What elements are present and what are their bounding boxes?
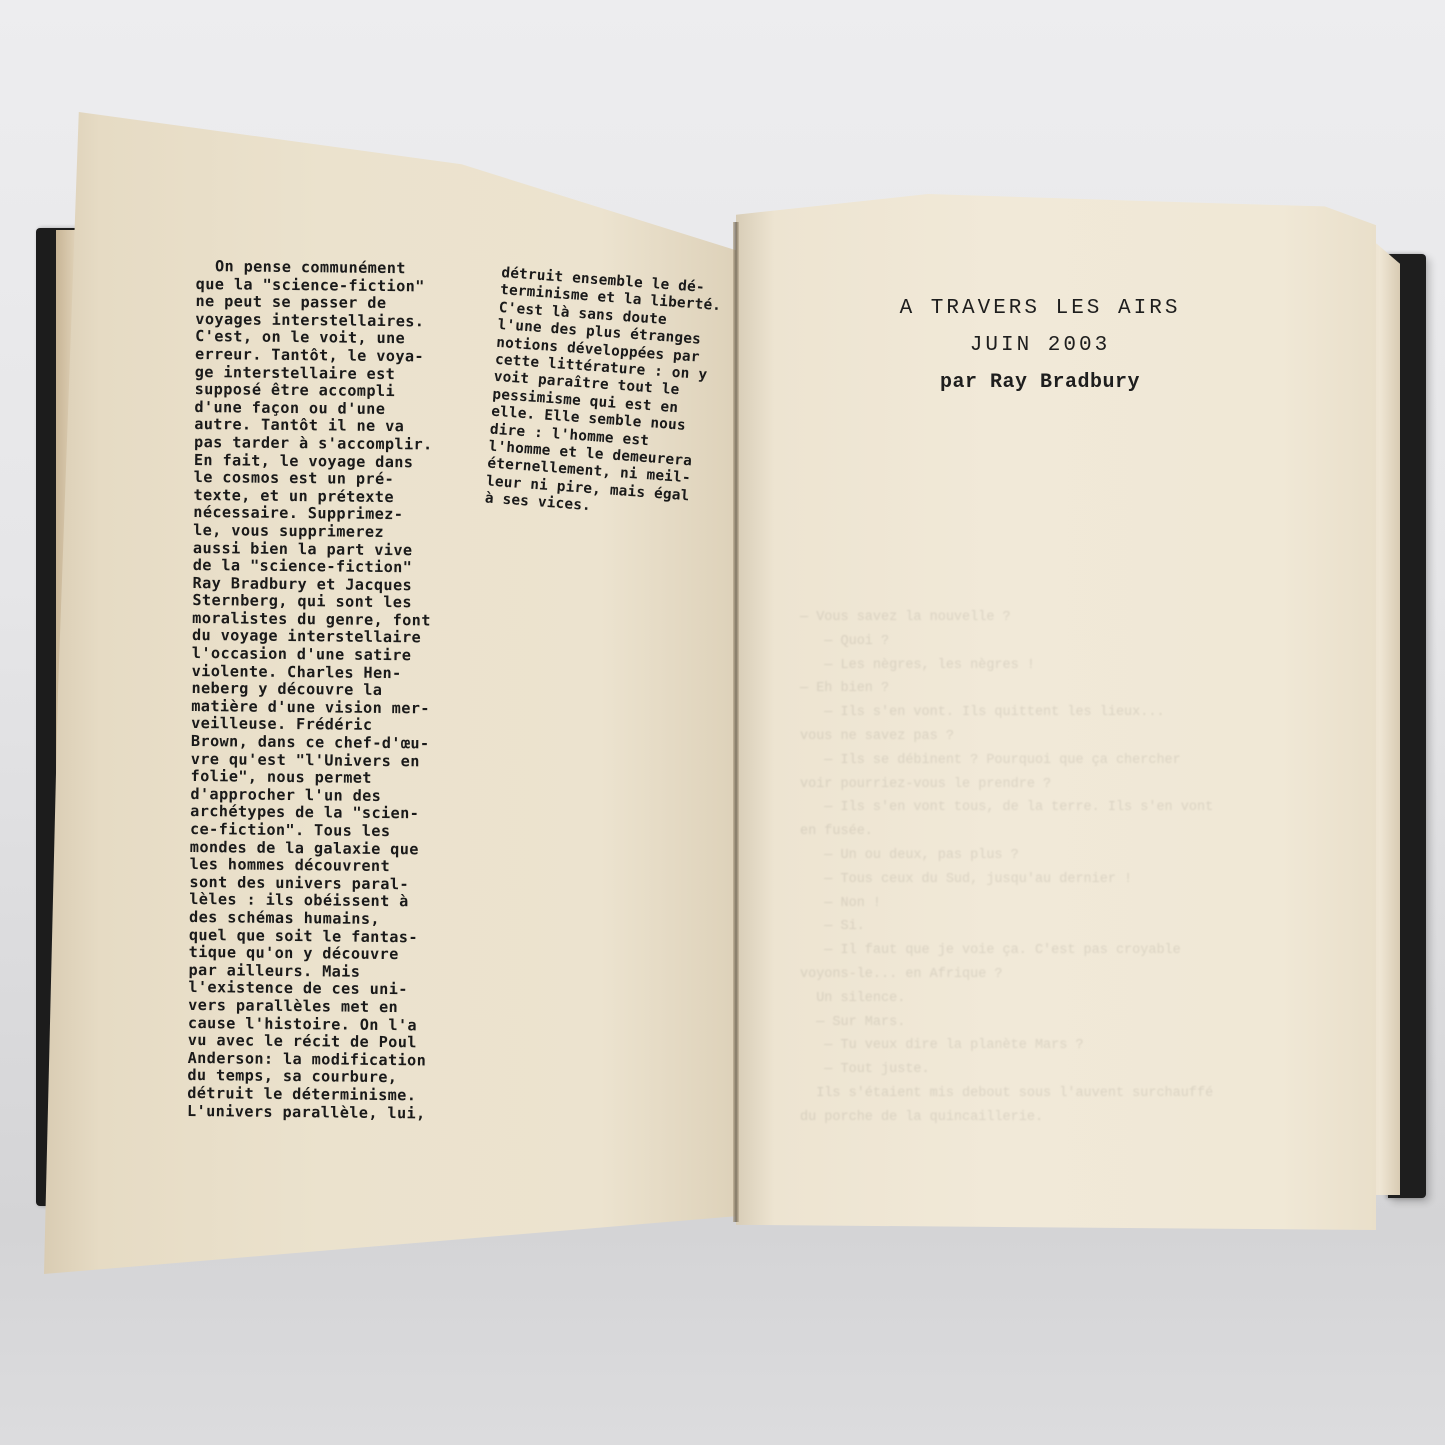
left-page-column-2: détruit ensemble le dé-terminisme et la …: [484, 265, 723, 524]
ghost-line: — Non !: [800, 892, 1280, 916]
photo-scene: On pense communémentque la "science-fict…: [0, 0, 1445, 1445]
ghost-line: — Les nègres, les nègres !: [800, 654, 1280, 678]
ghost-line: — Ils s'en vont. Ils quittent les lieux.…: [800, 701, 1280, 725]
ghost-line: — Ils se débinent ? Pourquoi que ça cher…: [800, 749, 1280, 773]
book-gutter: [733, 222, 739, 1222]
text-line: L'univers parallèle, lui,: [187, 1102, 426, 1122]
ghost-line: — Vous savez la nouvelle ?: [800, 606, 1280, 630]
ghost-line: — Tous ceux du Sud, jusqu'au dernier !: [800, 868, 1280, 892]
ghost-line: — Tout juste.: [800, 1058, 1280, 1082]
ghost-line: — Tu veux dire la planète Mars ?: [800, 1034, 1280, 1058]
ghost-line: — Quoi ?: [800, 630, 1280, 654]
ghost-line: — Ils s'en vont tous, de la terre. Ils s…: [800, 796, 1280, 820]
left-page-column-1: On pense communémentque la "science-fict…: [187, 258, 435, 1123]
ghost-line: — Sur Mars.: [800, 1011, 1280, 1035]
ghost-line: — Eh bien ?: [800, 677, 1280, 701]
chapter-title-block: A TRAVERS LES AIRS JUIN 2003 par Ray Bra…: [860, 292, 1220, 402]
chapter-author: par Ray Bradbury: [860, 364, 1220, 402]
chapter-date: JUIN 2003: [860, 328, 1220, 364]
ghost-line: en fusée.: [800, 820, 1280, 844]
chapter-title: A TRAVERS LES AIRS: [860, 292, 1220, 328]
ghost-line: voyons-le... en Afrique ?: [800, 963, 1280, 987]
ghost-line: Un silence.: [800, 987, 1280, 1011]
ghost-line: vous ne savez pas ?: [800, 725, 1280, 749]
ghost-line: — Un ou deux, pas plus ?: [800, 844, 1280, 868]
ghost-line: — Si.: [800, 915, 1280, 939]
ghost-line: Ils s'étaient mis debout sous l'auvent s…: [800, 1082, 1280, 1106]
ghost-line: — Il faut que je voie ça. C'est pas croy…: [800, 939, 1280, 963]
ghost-line: du porche de la quincaillerie.: [800, 1106, 1280, 1130]
show-through-text: — Vous savez la nouvelle ? — Quoi ? — Le…: [800, 606, 1280, 1130]
ghost-line: voir pourriez-vous le prendre ?: [800, 773, 1280, 797]
